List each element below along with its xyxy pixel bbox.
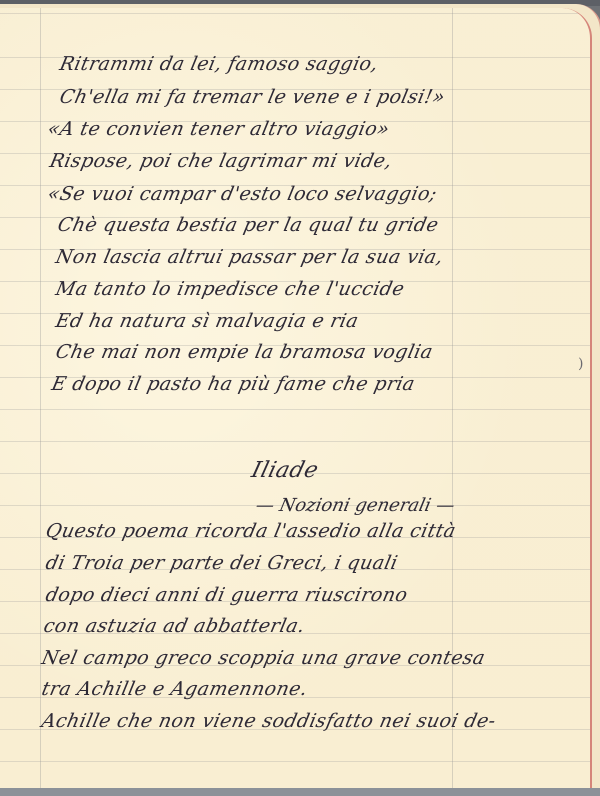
paragraph-line: Achille che non viene soddisfatto nei su… [40,710,498,732]
notebook-page: Ritrammi da lei, famoso saggio, Ch'ella … [0,8,592,789]
section-title: Iliade [249,458,321,483]
poem-line: Ch'ella mi fa tremar le vene e i polsi!» [58,86,447,108]
poem-line: Ed ha natura sì malvagia e ria [54,310,361,332]
section-subtitle: — Nozioni generali — [254,495,457,516]
paragraph-line: Questo poema ricorda l'assedio alla citt… [44,520,458,542]
poem-line: «A te convien tener altro viaggio» [46,118,392,140]
poem-line: Che mai non empie la bramosa voglia [54,341,435,363]
poem-line: E dopo il pasto ha più fame che pria [50,373,417,395]
handwriting: Ritrammi da lei, famoso saggio, Ch'ella … [0,8,590,788]
poem-line: Ritrammi da lei, famoso saggio, [58,53,381,75]
poem-line: Non lascia altrui passar per la sua via, [54,246,446,268]
paragraph-line: Nel campo greco scoppia una grave contes… [40,647,488,669]
poem-line: Ma tanto lo impedisce che l'uccide [54,278,407,300]
paragraph-line: con astuzia ad abbatterla. [42,615,307,637]
paragraph-line: dopo dieci anni di guerra riuscirono [44,584,410,606]
paragraph-line: tra Achille e Agamennone. [40,678,310,700]
scan-bottom-edge [0,788,600,796]
margin-paren-mark: ) [578,356,583,372]
poem-line: Chè questa bestia per la qual tu gride [56,214,441,236]
poem-line: Rispose, poi che lagrimar mi vide, [48,150,395,172]
paragraph-line: di Troia per parte dei Greci, i quali [44,552,400,574]
poem-line: «Se vuoi campar d'esto loco selvaggio; [46,183,439,205]
